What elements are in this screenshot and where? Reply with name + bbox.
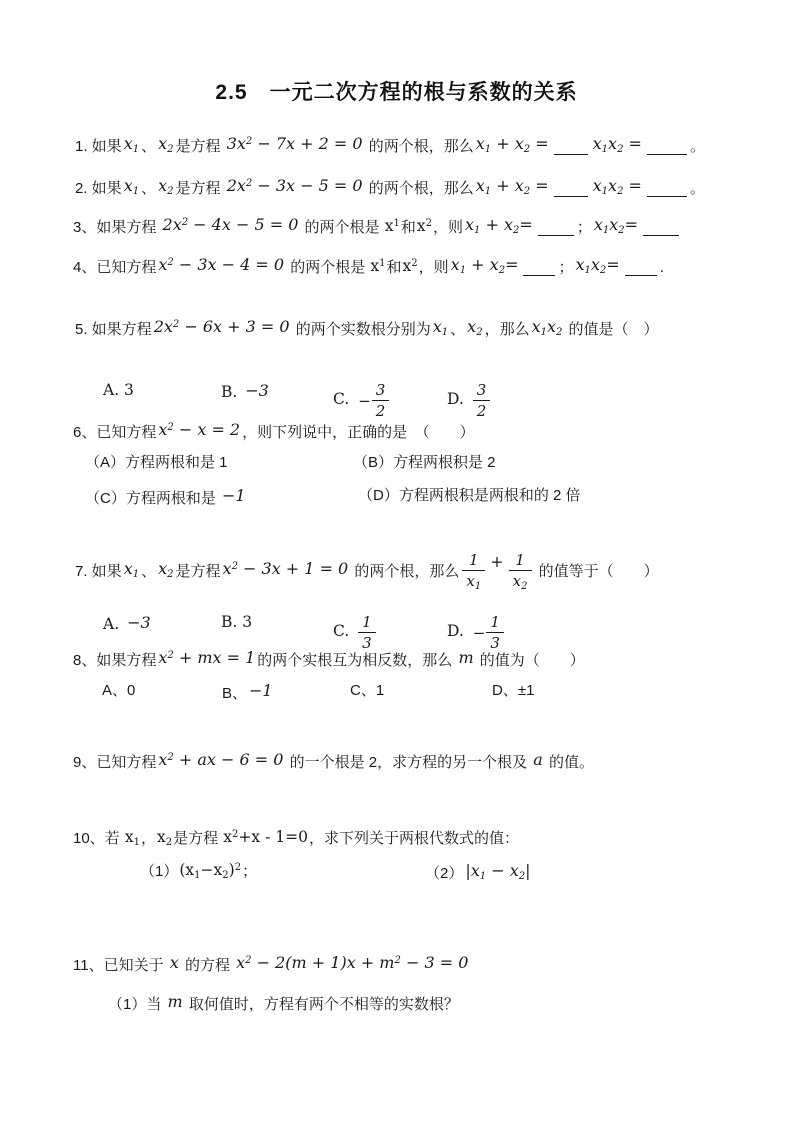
math-segment: x1x2= [575,255,619,274]
math-segment: D. [447,390,469,408]
math-segment: x1 + x2= [465,215,533,234]
line-column: （C）方程两根和是 −1 [85,486,248,509]
worksheet-page: 2.5 一元二次方程的根与系数的关系 1. 如果x1、x2是方程 3x2 − 7… [0,0,793,1122]
line-column: 4、已知方程x2 − 3x − 4 = 0 的两个根是 x1和x2，则x1 + … [73,255,664,278]
line-column: （1）当 m 取何值时，方程有两个不相等的实数根？ [108,992,459,1015]
fraction-numerator: 1 [486,613,504,633]
math-segment: x2 [158,559,173,578]
math-segment: x1x2 = [593,134,642,153]
line-column: 9、已知方程x2 + ax − 6 = 0 的一个根是 2，求方程的另一个根及 … [73,750,594,773]
math-segment: x2 − 2(m + 1)x + m2 − 3 = 0 [236,953,468,972]
line-column: B. 3 [220,613,253,634]
line-column: 5. 如果方程2x2 − 6x + 3 = 0 的两个实数根分别为x1、x2，那… [75,317,659,340]
text-segment: 6、已知方程 [73,424,156,441]
text-segment: 的方程 [181,957,234,974]
answer-blank [538,223,574,236]
text-segment: A、0 [102,682,135,699]
math-segment: B. 3 [221,613,252,631]
fraction: −13 [473,613,504,652]
text-segment: 。 [690,138,705,155]
math-segment: x2 [417,217,432,235]
text-segment: （D）方程两根积是两根和的 2 倍 [358,487,581,504]
fraction-denominator: x2 [509,571,532,593]
text-segment: ， [141,830,156,847]
answer-blank [647,142,687,155]
math-segment: D. [447,622,469,640]
text-segment: 、 [141,138,156,155]
math-segment: (x1−x2)2 [179,861,241,879]
line-column: （1）(x1−x2)2； [140,861,257,883]
line-column: A. 3 [102,381,135,402]
line-column: 11、已知关于 x 的方程 x2 − 2(m + 1)x + m2 − 3 = … [73,953,470,976]
fraction-denominator: x1 [462,571,485,593]
math-segment: x2 [467,317,482,336]
text-segment: 的两个根，那么 [365,138,474,155]
answer-blank [523,263,555,276]
math-segment: x2 + mx = 1 [158,648,255,667]
math-segment: B. [221,383,242,401]
text-segment: 。 [690,180,705,197]
math-segment: x1 [370,257,385,275]
math-segment: x1 [124,559,139,578]
math-segment: −1 [249,681,273,700]
text-segment: （2） [425,865,463,882]
line-column: （D）方程两根积是两根和的 2 倍 [358,486,581,506]
math-segment: C. [333,390,354,408]
text-segment: 7. 如果 [75,563,122,580]
line-column: D. −13 [446,613,507,652]
text-segment: B、 [222,685,247,702]
line-column: B. −3 [220,381,271,404]
math-segment: x1x2 = [593,176,642,195]
math-segment: −1 [222,486,246,505]
text-segment: 是方程 [176,180,225,197]
text-segment: 1. 如果 [75,138,122,155]
math-segment: x1 [385,217,400,235]
text-segment: （1）当 [108,996,166,1013]
text-segment: 4、已知方程 [73,259,156,276]
math-segment: x2 + ax − 6 = 0 [158,750,283,769]
math-segment: −3 [245,381,269,400]
math-segment: 2x2 − 4x − 5 = 0 [163,215,299,234]
math-segment: x1 + x2 = [476,176,549,195]
text-segment: ，则 [419,259,449,276]
math-segment: C. [333,622,354,640]
line-column: 7. 如果x1、x2是方程x2 − 3x + 1 = 0 的两个根，那么1x1+… [75,551,659,593]
text-segment: 3、如果方程 [73,219,161,236]
math-segment: 3x2 − 7x + 2 = 0 [227,134,363,153]
line-column: A、0 [102,681,135,701]
fraction: 13 [358,613,376,652]
fraction-numerator: 3 [372,381,390,401]
text-segment: 是方程 [176,138,225,155]
line-column: C. −32 [332,381,392,420]
text-segment: 的两个实根互为相反数，那么 [257,652,456,669]
line-column: B、−1 [222,681,275,704]
math-segment: x1 [433,317,448,336]
math-segment: −3 [127,613,151,632]
answer-blank [643,223,679,236]
text-segment: ，那么 [485,321,530,338]
answer-blank [625,263,657,276]
fraction-denominator: 2 [372,401,390,420]
fraction: 1x2 [509,551,532,593]
math-segment: A. [103,615,124,633]
text-segment: 的两个实数根分别为 [292,321,431,338]
answer-blank [554,142,588,155]
math-segment: 2x2 − 3x − 5 = 0 [227,176,363,195]
text-segment: 和 [387,259,402,276]
line-column: 1. 如果x1、x2是方程 3x2 − 7x + 2 = 0 的两个根，那么x1… [75,134,705,157]
line-column: 2. 如果x1、x2是方程 2x2 − 3x − 5 = 0 的两个根，那么x1… [75,176,705,199]
text-segment: 的值是（ ） [564,321,658,338]
text-segment: 的值。 [545,754,594,771]
math-segment: a [533,750,543,769]
text-segment: 的两个根，那么 [365,180,474,197]
fraction: 32 [473,381,491,420]
text-segment: ； [242,863,257,880]
fraction-sign: − [473,624,486,642]
line-column: 6、已知方程x2 − x = 2，则下列说中，正确的是 （ ） [73,420,475,443]
math-segment: m [168,992,183,1011]
text-segment: . [660,259,664,276]
text-segment: 的两个根是 [300,219,383,236]
math-segment: m [458,648,473,667]
text-segment: 、 [141,180,156,197]
fraction-numerator: 1 [509,551,532,571]
fraction-sign: − [358,392,371,410]
fraction: −32 [358,381,389,420]
text-segment: C、1 [350,682,384,699]
text-segment: 的一个根是 2，求方程的另一个根及 [285,754,531,771]
line-column: （B）方程两根积是 2 [353,453,496,473]
page-title: 2.5 一元二次方程的根与系数的关系 [0,76,793,106]
text-segment: ，求下列关于两根代数式的值： [309,830,519,847]
math-segment: x2 − 3x − 4 = 0 [158,255,284,274]
fraction-numerator: 1 [462,551,485,571]
math-segment: + [490,552,503,571]
answer-blank [554,184,588,197]
text-segment: ，则 [433,219,463,236]
math-segment: |x1 − x2| [465,861,530,880]
text-segment: （1） [140,863,178,880]
math-segment: x2 [158,134,173,153]
text-segment: 5. 如果方程 [75,321,152,338]
line-column: D. 32 [446,381,493,420]
fraction: 1x1 [462,551,485,593]
line-column: （2）|x1 − x2| [425,861,533,884]
fraction-denominator: 2 [473,401,491,420]
math-segment: x1 + x2 = [476,134,549,153]
math-segment: 2x2 − 6x + 3 = 0 [154,317,290,336]
text-segment: 取何值时，方程有两个不相等的实数根？ [185,996,459,1013]
math-segment: x [170,953,179,972]
text-segment: 2. 如果 [75,180,122,197]
math-segment: x1x2= [594,215,638,234]
text-segment: 、 [141,563,156,580]
math-segment: x1 + x2= [451,255,519,274]
text-segment: ； [558,259,573,276]
text-segment: （A）方程两根和是 1 [85,454,228,471]
line-column: 3、如果方程 2x2 − 4x − 5 = 0 的两个根是 x1和x2，则x1 … [73,215,682,238]
text-segment: 、 [450,321,465,338]
line-column: 8、如果方程x2 + mx = 1的两个实根互为相反数，那么 m 的值为（ ） [73,648,585,671]
line-column: A. −3 [102,613,153,636]
line-column: 10、若 x1，x2是方程 x2+x - 1=0，求下列关于两根代数式的值： [73,828,519,850]
line-column: C、1 [350,681,384,701]
math-segment: x2 − x = 2 [158,420,240,439]
text-segment: 的值等于（ ） [535,563,659,580]
text-segment: 8、如果方程 [73,652,156,669]
math-segment: A. 3 [103,381,134,399]
math-segment: x2 − 3x + 1 = 0 [223,559,349,578]
text-segment: 的两个根，那么 [350,563,459,580]
fraction-numerator: 1 [358,613,376,633]
math-segment: x1x2 [532,317,563,336]
math-segment: x2+x - 1=0 [223,828,308,846]
text-segment: D、±1 [492,682,534,699]
text-segment: 是方程 [173,830,222,847]
text-segment: 的值为（ ） [476,652,585,669]
fraction-numerator: 3 [473,381,491,401]
text-segment: 11、已知关于 [73,957,168,974]
line-column: （A）方程两根和是 1 [85,453,228,473]
math-segment: x1 [124,176,139,195]
line-column: D、±1 [492,681,534,701]
text-segment: ，则下列说中，正确的是 （ ） [242,424,475,441]
text-segment: 10、若 [73,830,124,847]
text-segment: 9、已知方程 [73,754,156,771]
answer-blank [647,184,687,197]
math-segment: x1 [125,828,140,846]
math-segment: x2 [157,828,172,846]
text-segment: ； [577,219,592,236]
text-segment: 和 [401,219,416,236]
math-segment: x2 [158,176,173,195]
text-segment: 是方程 [176,563,221,580]
text-segment: 的两个根是 [286,259,369,276]
math-segment: x1 [124,134,139,153]
line-column: C. 13 [332,613,379,652]
text-segment: （C）方程两根和是 [85,490,220,507]
math-segment: x2 [403,257,418,275]
text-segment: （B）方程两根积是 2 [353,454,496,471]
